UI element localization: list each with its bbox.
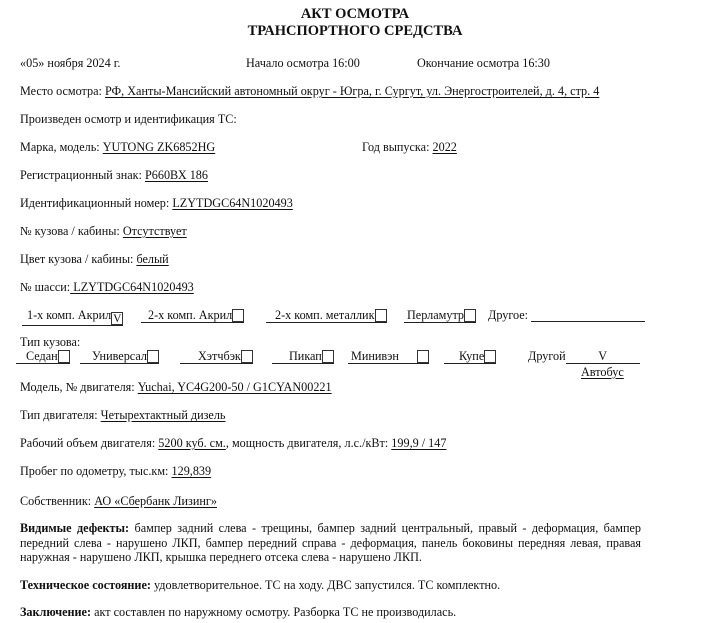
engine-model-label: Модель, № двигателя: — [20, 380, 135, 394]
year-label: Год выпуска: — [362, 140, 429, 154]
body-number-label: № кузова / кабины: — [20, 224, 120, 238]
owner-value: АО «Сбербанк Лизинг» — [94, 494, 217, 508]
engine-power-label: , мощность двигателя, л.с./кВт: — [226, 436, 388, 450]
place-label: Место осмотра: — [20, 84, 102, 98]
body-type-checkbox-6[interactable] — [484, 350, 496, 363]
place-value: РФ, Ханты-Мансийский автономный округ - … — [105, 84, 599, 98]
body-color-value: белый — [136, 252, 168, 266]
body-type-option-6: Купе — [444, 349, 496, 364]
paint-option-label: 2-х комп. Акрил — [148, 308, 232, 322]
year-value: 2022 — [433, 140, 457, 154]
body-color-label: Цвет кузова / кабины: — [20, 252, 133, 266]
body-number-row: № кузова / кабины: Отсутствует — [20, 224, 187, 239]
body-type-option-label: Хэтчбэк — [198, 349, 241, 363]
condition-label: Техническое состояние: — [20, 578, 151, 592]
engine-volume-value: 5200 куб. см. — [158, 436, 226, 450]
chassis-row: № шасси: LZYTDGC64N1020493 — [20, 280, 194, 295]
mileage-row: Пробег по одометру, тыс.км: 129,839 — [20, 464, 211, 479]
body-type-checkbox-4[interactable] — [322, 350, 334, 363]
condition-row: Техническое состояние: удовлетворительно… — [20, 578, 500, 593]
engine-volume-row: Рабочий объем двигателя: 5200 куб. см., … — [20, 436, 446, 451]
body-type-option-label: Пикап — [289, 349, 322, 363]
engine-model-value: Yuchai, YC4G200-50 / G1CYAN00221 — [138, 380, 332, 394]
body-type-option-4: Пикап — [272, 349, 334, 364]
reg-plate-value: Р660ВХ 186 — [145, 168, 208, 182]
engine-type-value: Четырехтактный дизель — [101, 408, 226, 422]
vin-row: Идентификационный номер: LZYTDGC64N10204… — [20, 196, 293, 211]
body-type-option-label: Седан — [26, 349, 58, 363]
paint-checkbox-4[interactable] — [464, 309, 476, 322]
engine-type-row: Тип двигателя: Четырехтактный дизель — [20, 408, 226, 423]
body-type-checkbox-1[interactable] — [58, 350, 70, 363]
body-type-option-1: Седан — [16, 349, 70, 364]
owner-label: Собственник: — [20, 494, 91, 508]
body-type-label: Тип кузова: — [20, 335, 80, 350]
condition-value: удовлетворительное. ТС на ходу. ДВС запу… — [151, 578, 500, 592]
paint-checkbox-3[interactable] — [375, 309, 387, 322]
place-row: Место осмотра: РФ, Ханты-Мансийский авто… — [20, 84, 599, 99]
body-type-option-5: Минивэн — [348, 349, 429, 364]
defects-label: Видимые дефекты: — [20, 521, 129, 535]
paint-option-label: 2-х комп. металлик — [275, 308, 375, 322]
body-type-other-mark[interactable]: V — [566, 350, 640, 364]
engine-type-label: Тип двигателя: — [20, 408, 98, 422]
make-model-label: Марка, модель: — [20, 140, 100, 154]
inspection-date: «05» ноября 2024 г. — [20, 56, 120, 71]
vin-label: Идентификационный номер: — [20, 196, 169, 210]
paint-other-field[interactable] — [531, 308, 645, 322]
defects-paragraph: Видимые дефекты: бампер задний слева - т… — [20, 521, 641, 565]
vin-value: LZYTDGC64N1020493 — [172, 196, 293, 210]
body-type-checkbox-2[interactable] — [147, 350, 159, 363]
title-line-1: АКТ ОСМОТРА — [0, 6, 710, 23]
conclusion-row: Заключение: акт составлен по наружному о… — [20, 605, 456, 620]
body-type-option-label: Минивэн — [351, 350, 417, 363]
conclusion-label: Заключение: — [20, 605, 91, 619]
paint-option-1: 1-х комп. АкрилV — [22, 308, 123, 326]
conclusion-value: акт составлен по наружному осмотру. Разб… — [91, 605, 456, 619]
paint-option-2: 2-х комп. Акрил — [141, 308, 244, 323]
paint-checkbox-1[interactable]: V — [111, 312, 123, 325]
engine-model-row: Модель, № двигателя: Yuchai, YC4G200-50 … — [20, 380, 332, 395]
paint-other-label: Другое: — [488, 308, 528, 322]
body-number-value: Отсутствует — [123, 224, 187, 238]
body-type-option-3: Хэтчбэк — [180, 349, 253, 364]
body-type-option-2: Универсал — [80, 349, 159, 364]
reg-plate-label: Регистрационный знак: — [20, 168, 142, 182]
body-type-other-value: Автобус — [581, 365, 624, 380]
mileage-label: Пробег по одометру, тыс.км: — [20, 464, 168, 478]
paint-option-3: 2-х комп. металлик — [266, 308, 387, 323]
chassis-value: LZYTDGC64N1020493 — [70, 280, 194, 294]
body-type-other: ДругойV — [528, 349, 640, 364]
make-model-row: Марка, модель: YUTONG ZK6852HG — [20, 140, 215, 155]
body-type-checkbox-3[interactable] — [241, 350, 253, 363]
inspection-end: Окончание осмотра 16:30 — [417, 56, 550, 71]
chassis-label: № шасси: — [20, 280, 70, 294]
paint-option-label: Перламутр — [407, 308, 464, 322]
paint-checkbox-2[interactable] — [232, 309, 244, 322]
make-model-value: YUTONG ZK6852HG — [103, 140, 216, 154]
inspection-start: Начало осмотра 16:00 — [246, 56, 360, 71]
paint-option-label: 1-х комп. Акрил — [27, 308, 111, 322]
body-type-other-label: Другой — [528, 349, 566, 363]
paint-option-4: Перламутр — [404, 308, 476, 323]
title-line-2: ТРАНСПОРТНОГО СРЕДСТВА — [0, 23, 710, 40]
body-type-option-label: Купе — [459, 349, 484, 363]
engine-volume-label: Рабочий объем двигателя: — [20, 436, 155, 450]
mileage-value: 129,839 — [172, 464, 212, 478]
body-color-row: Цвет кузова / кабины: белый — [20, 252, 169, 267]
owner-row: Собственник: АО «Сбербанк Лизинг» — [20, 494, 217, 509]
year-row: Год выпуска: 2022 — [362, 140, 457, 155]
reg-plate-row: Регистрационный знак: Р660ВХ 186 — [20, 168, 208, 183]
engine-power-value: 199,9 / 147 — [391, 436, 446, 450]
paint-other: Другое: — [488, 308, 645, 323]
body-type-checkbox-5[interactable] — [417, 350, 429, 363]
identification-heading: Произведен осмотр и идентификация ТС: — [20, 112, 237, 127]
body-type-option-label: Универсал — [92, 349, 147, 363]
